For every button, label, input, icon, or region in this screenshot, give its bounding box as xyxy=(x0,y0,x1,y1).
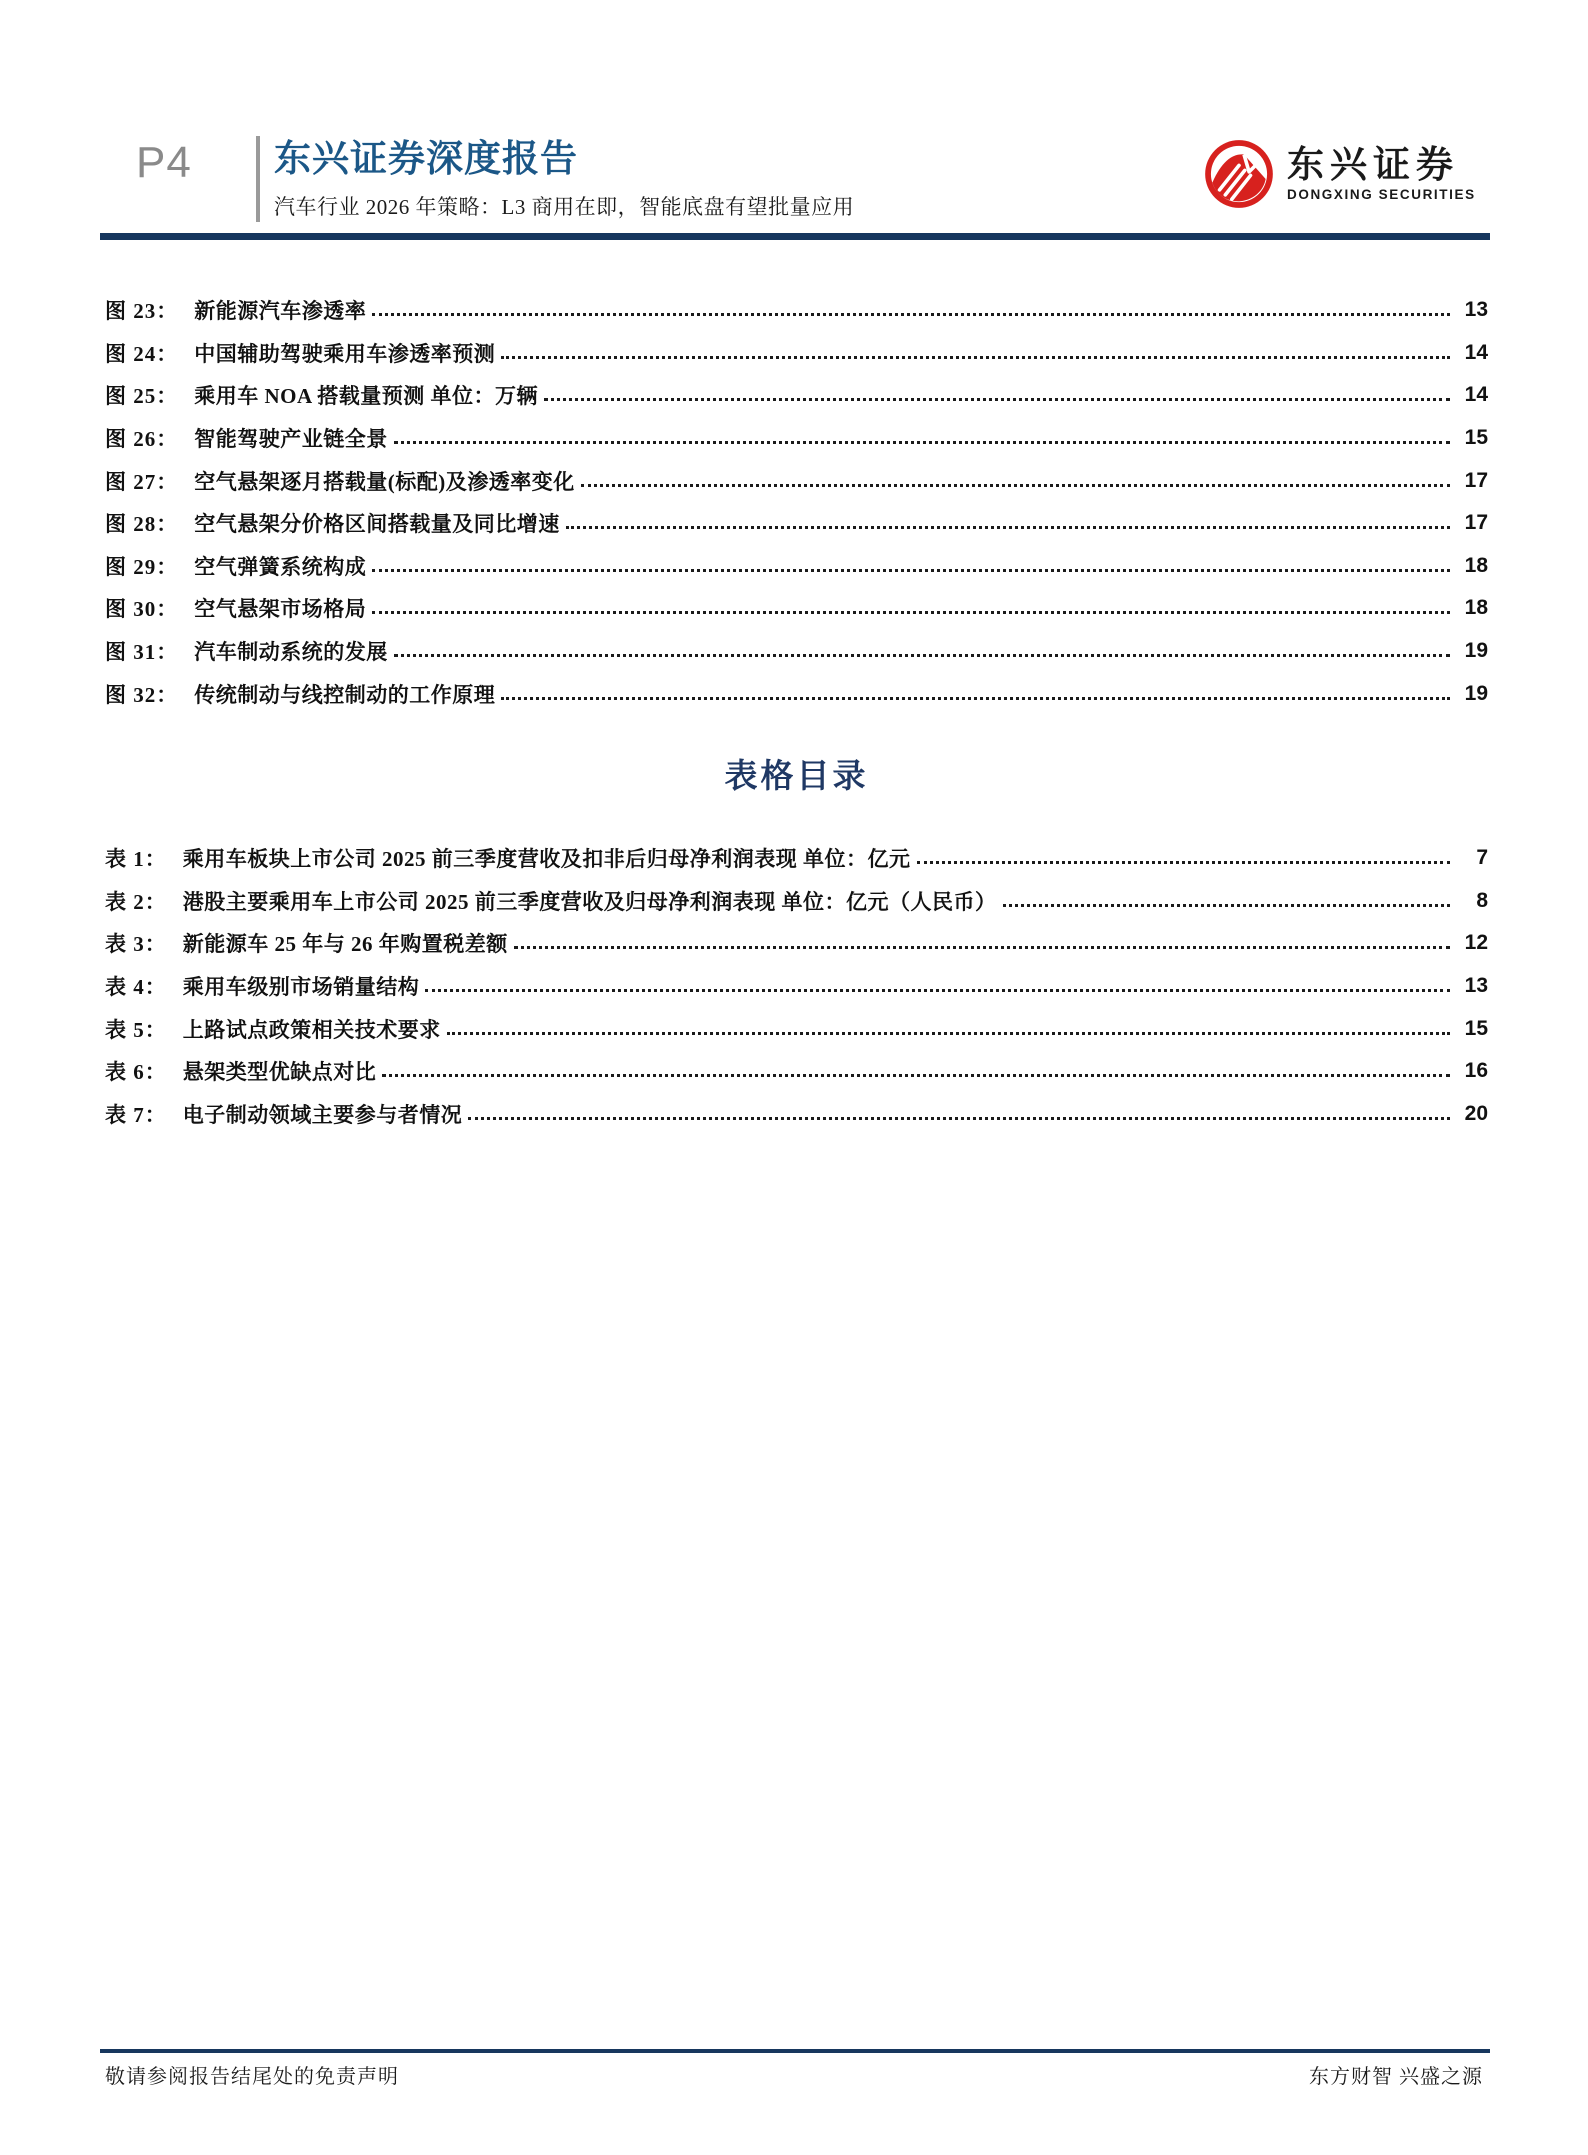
toc-entry[interactable]: 图 24： 中国辅助驾驶乘用车渗透率预测 14 xyxy=(105,332,1488,375)
toc-entry-label: 表 7： xyxy=(105,1099,167,1129)
dongxing-logo: 东兴证券 DONGXING SECURITIES xyxy=(1203,138,1476,210)
report-page: P4 东兴证券深度报告 汽车行业 2026 年策略：L3 商用在即，智能底盘有望… xyxy=(0,0,1588,2155)
toc-entry[interactable]: 表 5： 上路试点政策相关技术要求 15 xyxy=(105,1007,1488,1050)
toc-dotted-leader xyxy=(581,469,1450,487)
toc-entry-label: 图 24： xyxy=(105,338,178,368)
toc-entry-label: 表 2： xyxy=(105,886,167,916)
toc-entry[interactable]: 图 29： 空气弹簧系统构成 18 xyxy=(105,545,1488,588)
dongxing-logo-text: 东兴证券 DONGXING SECURITIES xyxy=(1287,146,1476,203)
toc-dotted-leader xyxy=(447,1017,1450,1035)
toc-entry-title: 空气悬架分价格区间搭载量及同比增速 xyxy=(194,508,560,538)
toc-entry-title: 空气悬架市场格局 xyxy=(194,593,366,623)
toc-dotted-leader xyxy=(566,511,1450,529)
toc-dotted-leader xyxy=(544,383,1450,401)
toc-entry-label: 表 3： xyxy=(105,928,167,958)
toc-entry[interactable]: 图 32： 传统制动与线控制动的工作原理 19 xyxy=(105,672,1488,715)
toc-entry-page: 19 xyxy=(1454,682,1488,706)
toc-dotted-leader xyxy=(514,931,1450,949)
toc-entry[interactable]: 表 4： 乘用车级别市场销量结构 13 xyxy=(105,965,1488,1008)
toc-entry-title: 智能驾驶产业链全景 xyxy=(194,423,388,453)
toc-dotted-leader xyxy=(468,1102,1450,1120)
toc-entry-title: 空气弹簧系统构成 xyxy=(194,551,366,581)
toc-entry-title: 港股主要乘用车上市公司 2025 前三季度营收及归母净利润表现 单位：亿元（人民… xyxy=(183,886,997,916)
toc-entry[interactable]: 表 7： 电子制动领域主要参与者情况 20 xyxy=(105,1093,1488,1136)
toc-entry-page: 19 xyxy=(1454,639,1488,663)
toc-entry-label: 表 4： xyxy=(105,971,167,1001)
toc-entry-title: 上路试点政策相关技术要求 xyxy=(183,1014,441,1044)
toc-entry-title: 空气悬架逐月搭载量(标配)及渗透率变化 xyxy=(194,466,575,496)
footer-disclaimer: 敬请参阅报告结尾处的免责声明 xyxy=(105,2060,399,2089)
toc-entry-page: 20 xyxy=(1454,1102,1488,1126)
toc-entry-label: 图 28： xyxy=(105,508,178,538)
toc-main: 图 23： 新能源汽车渗透率 13 图 24： 中国辅助驾驶乘用车渗透率预测 1… xyxy=(105,289,1488,1135)
toc-entry[interactable]: 表 6： 悬架类型优缺点对比 16 xyxy=(105,1050,1488,1093)
toc-dotted-leader xyxy=(425,974,1450,992)
toc-entry[interactable]: 图 25： 乘用车 NOA 搭载量预测 单位：万辆 14 xyxy=(105,374,1488,417)
toc-dotted-leader xyxy=(372,298,1450,316)
dongxing-logo-en: DONGXING SECURITIES xyxy=(1287,187,1476,202)
toc-entry-page: 7 xyxy=(1454,846,1488,870)
page-number: P4 xyxy=(136,138,192,188)
toc-entry-label: 图 25： xyxy=(105,380,178,410)
toc-entry-label: 图 31： xyxy=(105,636,178,666)
footer-slogan: 东方财智 兴盛之源 xyxy=(1309,2060,1483,2089)
toc-entry[interactable]: 表 1： 乘用车板块上市公司 2025 前三季度营收及扣非后归母净利润表现 单位… xyxy=(105,837,1488,880)
table-toc-heading: 表格目录 xyxy=(105,756,1488,796)
toc-dotted-leader xyxy=(394,639,1450,657)
toc-entry-label: 表 1： xyxy=(105,843,167,873)
footer-rule xyxy=(100,2049,1490,2053)
toc-entry[interactable]: 图 23： 新能源汽车渗透率 13 xyxy=(105,289,1488,332)
toc-dotted-leader xyxy=(1003,889,1451,907)
toc-entry-label: 图 27： xyxy=(105,466,178,496)
header-rule xyxy=(100,233,1490,240)
toc-entry-page: 17 xyxy=(1454,511,1488,535)
footer: 敬请参阅报告结尾处的免责声明 东方财智 兴盛之源 xyxy=(105,2060,1483,2089)
toc-entry-page: 18 xyxy=(1454,596,1488,620)
toc-entry-title: 乘用车级别市场销量结构 xyxy=(183,971,420,1001)
dongxing-logo-cn: 东兴证券 xyxy=(1287,146,1459,185)
toc-entry-title: 新能源车 25 年与 26 年购置税差额 xyxy=(183,928,508,958)
toc-dotted-leader xyxy=(372,596,1450,614)
toc-dotted-leader xyxy=(501,682,1450,700)
toc-entry[interactable]: 图 28： 空气悬架分价格区间搭载量及同比增速 17 xyxy=(105,502,1488,545)
toc-entry-title: 乘用车 NOA 搭载量预测 单位：万辆 xyxy=(194,380,538,410)
toc-entry-title: 悬架类型优缺点对比 xyxy=(183,1056,377,1086)
toc-entry-title: 乘用车板块上市公司 2025 前三季度营收及扣非后归母净利润表现 单位：亿元 xyxy=(183,843,911,873)
toc-entry-title: 汽车制动系统的发展 xyxy=(194,636,388,666)
toc-entry[interactable]: 图 30： 空气悬架市场格局 18 xyxy=(105,587,1488,630)
header-divider xyxy=(256,136,260,222)
toc-entry-page: 17 xyxy=(1454,469,1488,493)
toc-entry-label: 图 32： xyxy=(105,679,178,709)
toc-entry-page: 13 xyxy=(1454,298,1488,322)
figure-toc-list: 图 23： 新能源汽车渗透率 13 图 24： 中国辅助驾驶乘用车渗透率预测 1… xyxy=(105,289,1488,715)
toc-entry-page: 12 xyxy=(1454,931,1488,955)
header-titles: 东兴证券深度报告 汽车行业 2026 年策略：L3 商用在即，智能底盘有望批量应… xyxy=(274,138,1034,221)
toc-entry-label: 表 5： xyxy=(105,1014,167,1044)
toc-dotted-leader xyxy=(394,426,1450,444)
toc-dotted-leader xyxy=(917,846,1451,864)
toc-entry-label: 图 23： xyxy=(105,295,178,325)
toc-entry-title: 中国辅助驾驶乘用车渗透率预测 xyxy=(194,338,495,368)
toc-entry-title: 电子制动领域主要参与者情况 xyxy=(183,1099,463,1129)
toc-entry-page: 15 xyxy=(1454,1017,1488,1041)
report-series-title: 东兴证券深度报告 xyxy=(274,138,1034,181)
table-toc-list: 表 1： 乘用车板块上市公司 2025 前三季度营收及扣非后归母净利润表现 单位… xyxy=(105,837,1488,1135)
toc-entry[interactable]: 表 2： 港股主要乘用车上市公司 2025 前三季度营收及归母净利润表现 单位：… xyxy=(105,880,1488,923)
toc-entry-title: 新能源汽车渗透率 xyxy=(194,295,366,325)
toc-entry-label: 表 6： xyxy=(105,1056,167,1086)
toc-entry-page: 16 xyxy=(1454,1059,1488,1083)
report-subtitle: 汽车行业 2026 年策略：L3 商用在即，智能底盘有望批量应用 xyxy=(274,191,1034,221)
toc-dotted-leader xyxy=(501,341,1450,359)
dongxing-logo-icon xyxy=(1203,138,1275,210)
toc-entry-label: 图 29： xyxy=(105,551,178,581)
toc-entry-page: 13 xyxy=(1454,974,1488,998)
toc-entry-page: 14 xyxy=(1454,341,1488,365)
toc-entry-label: 图 30： xyxy=(105,593,178,623)
toc-dotted-leader xyxy=(382,1059,1450,1077)
toc-entry-page: 18 xyxy=(1454,554,1488,578)
toc-entry-label: 图 26： xyxy=(105,423,178,453)
toc-entry-page: 8 xyxy=(1454,889,1488,913)
toc-dotted-leader xyxy=(372,554,1450,572)
toc-entry-page: 14 xyxy=(1454,383,1488,407)
toc-entry[interactable]: 图 26： 智能驾驶产业链全景 15 xyxy=(105,417,1488,460)
toc-entry[interactable]: 图 27： 空气悬架逐月搭载量(标配)及渗透率变化 17 xyxy=(105,459,1488,502)
toc-entry[interactable]: 表 3： 新能源车 25 年与 26 年购置税差额 12 xyxy=(105,922,1488,965)
toc-entry-title: 传统制动与线控制动的工作原理 xyxy=(194,679,495,709)
toc-entry-page: 15 xyxy=(1454,426,1488,450)
toc-entry[interactable]: 图 31： 汽车制动系统的发展 19 xyxy=(105,630,1488,673)
